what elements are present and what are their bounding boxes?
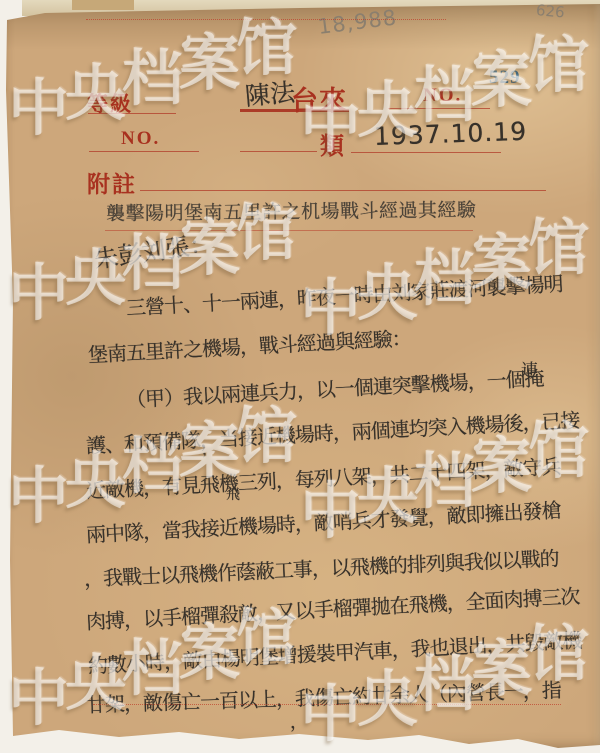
sheet-tab	[72, 0, 134, 10]
archive-scan: 626 18,988 529 等級 陳法 台來 NO. NO. 類 1937.1…	[0, 0, 600, 753]
top-ruled-line	[86, 19, 446, 20]
document-title: 襲擊陽明堡南五里許之机場戰斗經過其經驗	[106, 195, 477, 226]
inserted-comma: ，	[202, 438, 217, 459]
no-left-underline	[89, 151, 199, 152]
blue-number-stamp: 529	[489, 67, 521, 89]
date-handwritten: 1937.10.19	[373, 117, 527, 151]
notes-label: 附註	[87, 166, 137, 199]
no-label-left: NO.	[121, 128, 160, 150]
notes-underline	[140, 190, 546, 191]
bottom-ruled-line	[93, 704, 561, 705]
inserted-char: 飛	[226, 484, 240, 504]
category-label: 類	[320, 126, 346, 161]
grade-underline	[88, 113, 176, 114]
inserted-char: 連	[521, 356, 538, 381]
station-underline	[240, 109, 349, 112]
trailing-mark: ，	[290, 708, 308, 734]
station-name-handwritten: 陳法	[243, 73, 296, 113]
no-label-top: NO.	[423, 85, 462, 107]
station-label: 台來	[291, 79, 347, 118]
category-line-left	[240, 151, 317, 152]
no-top-underline	[388, 108, 490, 109]
category-line-right	[351, 152, 501, 153]
corner-number: 626	[535, 1, 565, 21]
